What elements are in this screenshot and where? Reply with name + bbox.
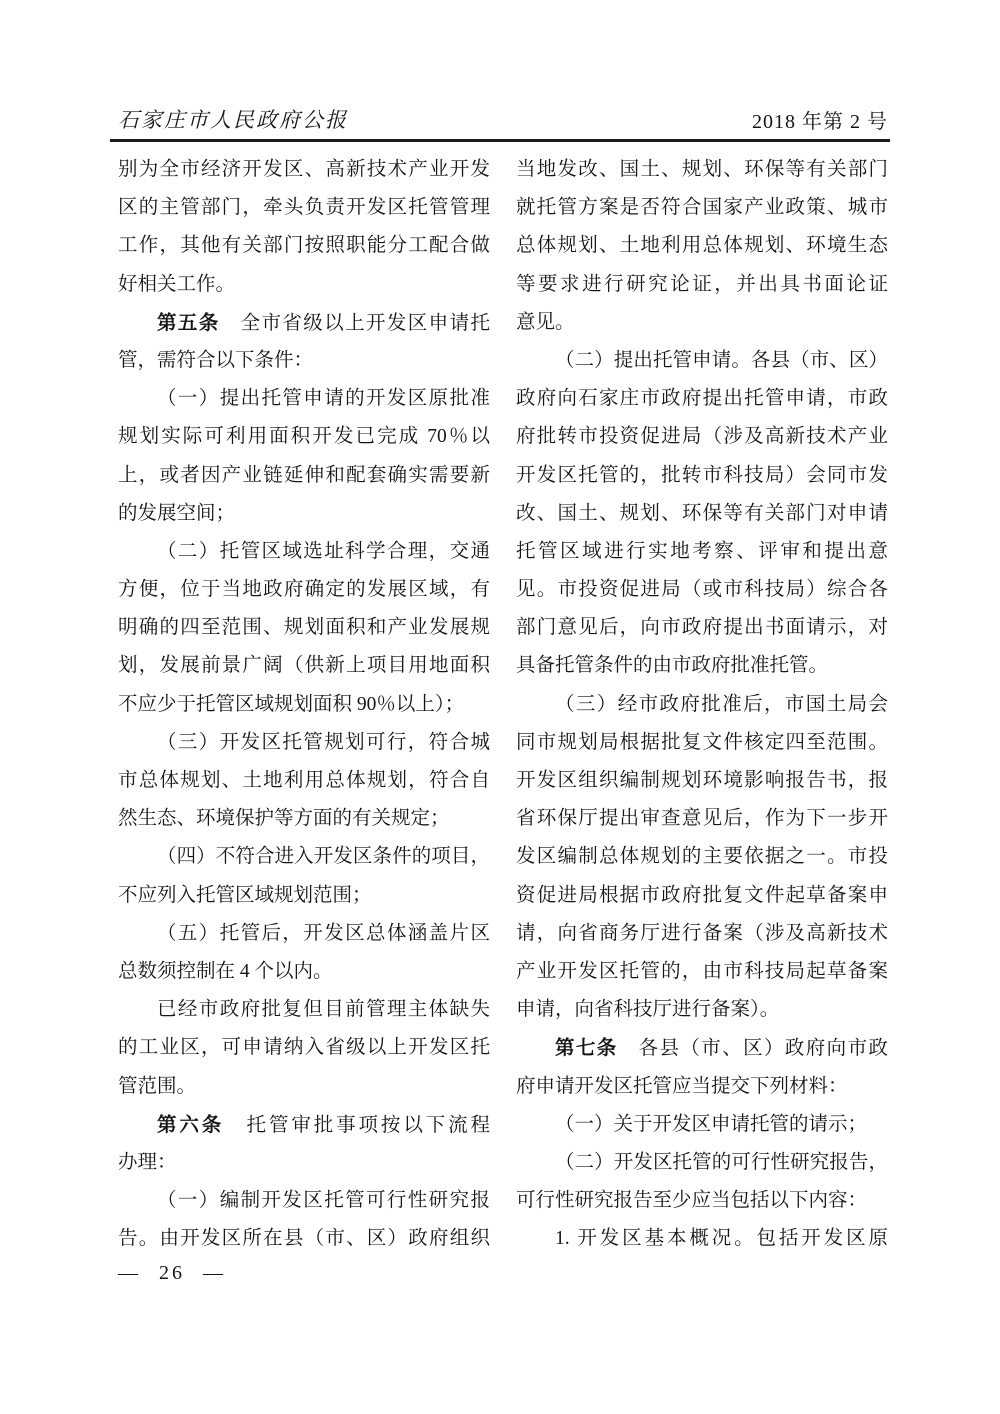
text-line: 的发展空间；: [118, 495, 490, 533]
text-line: 第七条 各县（市、区）政府向市政: [516, 1029, 888, 1067]
text-line: 部门意见后，向市政府提出书面请示，对: [516, 609, 888, 647]
text-line: 意见。: [516, 304, 888, 342]
text-line: （一）关于开发区申请托管的请示；: [516, 1106, 888, 1144]
text-segment: （一）提出托管申请的开发区原批准: [157, 388, 490, 409]
text-segment: 管，需符合以下条件：: [118, 350, 313, 371]
text-line: 好相关工作。: [118, 266, 490, 304]
text-segment: 就托管方案是否符合国家产业政策、城市: [516, 197, 888, 218]
text-segment: 等要求进行研究论证，并出具书面论证: [516, 274, 888, 295]
text-segment: （三）经市政府批准后，市国土局会: [555, 694, 888, 715]
text-segment: 意见。: [516, 312, 575, 333]
article-heading: 第五条: [157, 312, 220, 334]
text-segment: 同市规划局根据批复文件核定四至范围。: [516, 732, 888, 753]
text-line: 不应列入托管区域规划范围；: [118, 877, 490, 915]
text-segment: 改、国土、规划、环保等有关部门对申请: [516, 503, 888, 524]
text-line: 规划实际可利用面积开发已完成 70％以: [118, 418, 490, 456]
text-segment: 申请，向省科技厅进行备案）。: [516, 999, 779, 1020]
page-header: 石家庄市人民政府公报 2018 年第 2 号: [118, 102, 888, 134]
text-segment: （一）编制开发区托管可行性研究报: [157, 1190, 490, 1211]
text-segment: 府申请开发区托管应当提交下列材料：: [516, 1076, 848, 1097]
text-line: 区的主管部门，牵头负责开发区托管管理: [118, 189, 490, 227]
text-line: 产业开发区托管的，由市科技局起草备案: [516, 953, 888, 991]
text-segment: 1. 开发区基本概况。包括开发区原: [555, 1228, 888, 1249]
text-segment: 管范围。: [118, 1076, 196, 1097]
text-segment: 托管审批事项按以下流程: [224, 1115, 490, 1136]
text-line: 第六条 托管审批事项按以下流程: [118, 1106, 490, 1144]
text-segment: 总数须控制在 4 个以内。: [118, 961, 333, 982]
text-segment: 见。市投资促进局（或市科技局）综合各: [516, 579, 888, 600]
header-rule: [110, 139, 890, 142]
text-segment: 别为全市经济开发区、高新技术产业开发: [118, 159, 490, 180]
text-line: 告。由开发区所在县（市、区）政府组织: [118, 1220, 490, 1258]
text-line: 总数须控制在 4 个以内。: [118, 953, 490, 991]
text-segment: 明确的四至范围、规划面积和产业发展规: [118, 617, 490, 638]
text-segment: 然生态、环境保护等方面的有关规定；: [118, 808, 450, 829]
text-line: 划，发展前景广阔（供新上项目用地面积: [118, 647, 490, 685]
publication-title: 石家庄市人民政府公报: [118, 104, 348, 134]
page-number: — 26 —: [118, 1262, 226, 1284]
text-line: 见。市投资促进局（或市科技局）综合各: [516, 571, 888, 609]
text-segment: 告。由开发区所在县（市、区）政府组织: [118, 1228, 490, 1249]
text-segment: 的工业区，可申请纳入省级以上开发区托: [118, 1037, 490, 1058]
text-segment: 具备托管条件的由市政府批准托管。: [516, 655, 828, 676]
text-line: 府批转市投资促进局（涉及高新技术产业: [516, 418, 888, 456]
text-line: （五）托管后，开发区总体涵盖片区: [118, 915, 490, 953]
text-segment: （二）托管区域选址科学合理，交通: [157, 541, 490, 562]
text-line: 的工业区，可申请纳入省级以上开发区托: [118, 1029, 490, 1067]
text-line: 工作，其他有关部门按照职能分工配合做: [118, 227, 490, 265]
text-line: （二）提出托管申请。各县（市、区）: [516, 342, 888, 380]
article-heading: 第六条: [157, 1114, 224, 1136]
text-segment: 上，或者因产业链延伸和配套确实需要新: [118, 465, 490, 486]
article-heading: 第七条: [555, 1037, 618, 1059]
text-segment: 办理：: [118, 1152, 177, 1173]
text-segment: 资促进局根据市政府批复文件起草备案申: [516, 885, 888, 906]
text-line: 发区编制总体规划的主要依据之一。市投: [516, 838, 888, 876]
text-segment: 全市省级以上开发区申请托: [220, 313, 490, 334]
text-segment: 工作，其他有关部门按照职能分工配合做: [118, 235, 490, 256]
text-segment: 的发展空间；: [118, 503, 235, 524]
text-line: 省环保厅提出审查意见后，作为下一步开: [516, 800, 888, 838]
text-line: 等要求进行研究论证，并出具书面论证: [516, 266, 888, 304]
text-line: （二）托管区域选址科学合理，交通: [118, 533, 490, 571]
text-line: （一）编制开发区托管可行性研究报: [118, 1182, 490, 1220]
text-line: 政府向石家庄市政府提出托管申请，市政: [516, 380, 888, 418]
text-line: 开发区托管的，批转市科技局）会同市发: [516, 457, 888, 495]
text-segment: 部门意见后，向市政府提出书面请示，对: [516, 617, 888, 638]
text-line: （三）经市政府批准后，市国土局会: [516, 686, 888, 724]
right-column: 当地发改、国土、规划、环保等有关部门就托管方案是否符合国家产业政策、城市总体规划…: [516, 151, 888, 1258]
text-line: 已经市政府批复但目前管理主体缺失: [118, 991, 490, 1029]
issue-number: 2018 年第 2 号: [752, 105, 888, 134]
text-line: 1. 开发区基本概况。包括开发区原: [516, 1220, 888, 1258]
text-line: （四）不符合进入开发区条件的项目，: [118, 838, 490, 876]
text-line: （二）开发区托管的可行性研究报告，: [516, 1144, 888, 1182]
text-segment: 方便，位于当地政府确定的发展区域，有: [118, 579, 490, 600]
text-segment: （五）托管后，开发区总体涵盖片区: [157, 923, 490, 944]
text-segment: 市总体规划、土地利用总体规划，符合自: [118, 770, 490, 791]
text-segment: 府批转市投资促进局（涉及高新技术产业: [516, 426, 888, 447]
text-segment: 政府向石家庄市政府提出托管申请，市政: [516, 388, 888, 409]
text-segment: 各县（市、区）政府向市政: [618, 1038, 888, 1059]
text-line: 上，或者因产业链延伸和配套确实需要新: [118, 457, 490, 495]
left-column: 别为全市经济开发区、高新技术产业开发区的主管部门，牵头负责开发区托管管理工作，其…: [118, 151, 490, 1258]
text-line: 资促进局根据市政府批复文件起草备案申: [516, 877, 888, 915]
text-segment: 省环保厅提出审查意见后，作为下一步开: [516, 808, 888, 829]
text-line: 办理：: [118, 1144, 490, 1182]
text-line: 市总体规划、土地利用总体规划，符合自: [118, 762, 490, 800]
text-line: 托管区域进行实地考察、评审和提出意: [516, 533, 888, 571]
text-segment: 不应少于托管区域规划面积 90％以上）；: [118, 694, 464, 715]
text-segment: 当地发改、国土、规划、环保等有关部门: [516, 159, 888, 180]
text-line: 不应少于托管区域规划面积 90％以上）；: [118, 686, 490, 724]
text-segment: 发区编制总体规划的主要依据之一。市投: [516, 846, 888, 867]
page-footer: — 26 —: [118, 1258, 226, 1288]
text-line: 方便，位于当地政府确定的发展区域，有: [118, 571, 490, 609]
text-segment: 产业开发区托管的，由市科技局起草备案: [516, 961, 888, 982]
text-segment: 规划实际可利用面积开发已完成 70％以: [118, 426, 490, 447]
text-segment: 托管区域进行实地考察、评审和提出意: [516, 541, 888, 562]
text-line: 管，需符合以下条件：: [118, 342, 490, 380]
text-line: 别为全市经济开发区、高新技术产业开发: [118, 151, 490, 189]
text-line: （一）提出托管申请的开发区原批准: [118, 380, 490, 418]
text-line: 然生态、环境保护等方面的有关规定；: [118, 800, 490, 838]
text-line: 总体规划、土地利用总体规划、环境生态: [516, 227, 888, 265]
text-segment: 可行性研究报告至少应当包括以下内容：: [516, 1190, 867, 1211]
text-line: 改、国土、规划、环保等有关部门对申请: [516, 495, 888, 533]
text-line: 可行性研究报告至少应当包括以下内容：: [516, 1182, 888, 1220]
text-line: 请，向省商务厅进行备案（涉及高新技术: [516, 915, 888, 953]
gazette-page: 石家庄市人民政府公报 2018 年第 2 号 别为全市经济开发区、高新技术产业开…: [0, 0, 1000, 1414]
text-line: 管范围。: [118, 1068, 490, 1106]
text-segment: （四）不符合进入开发区条件的项目，: [157, 846, 490, 867]
text-line: 开发区组织编制规划环境影响报告书，报: [516, 762, 888, 800]
text-line: （三）开发区托管规划可行，符合城: [118, 724, 490, 762]
text-segment: 总体规划、土地利用总体规划、环境生态: [516, 235, 888, 256]
text-segment: 划，发展前景广阔（供新上项目用地面积: [118, 655, 490, 676]
text-line: 具备托管条件的由市政府批准托管。: [516, 647, 888, 685]
text-segment: 开发区组织编制规划环境影响报告书，报: [516, 770, 888, 791]
text-line: 就托管方案是否符合国家产业政策、城市: [516, 189, 888, 227]
text-segment: （二）开发区托管的可行性研究报告，: [555, 1152, 888, 1173]
text-line: 同市规划局根据批复文件核定四至范围。: [516, 724, 888, 762]
text-segment: 不应列入托管区域规划范围；: [118, 885, 372, 906]
text-segment: （三）开发区托管规划可行，符合城: [157, 732, 490, 753]
text-line: 明确的四至范围、规划面积和产业发展规: [118, 609, 490, 647]
text-line: 第五条 全市省级以上开发区申请托: [118, 304, 490, 342]
text-segment: （二）提出托管申请。各县（市、区）: [555, 350, 888, 371]
text-segment: 区的主管部门，牵头负责开发区托管管理: [118, 197, 490, 218]
text-line: 府申请开发区托管应当提交下列材料：: [516, 1068, 888, 1106]
text-line: 申请，向省科技厅进行备案）。: [516, 991, 888, 1029]
text-segment: 已经市政府批复但目前管理主体缺失: [157, 999, 490, 1020]
text-segment: （一）关于开发区申请托管的请示；: [555, 1114, 867, 1135]
text-line: 当地发改、国土、规划、环保等有关部门: [516, 151, 888, 189]
text-segment: 请，向省商务厅进行备案（涉及高新技术: [516, 923, 888, 944]
text-segment: 好相关工作。: [118, 274, 235, 295]
text-segment: 开发区托管的，批转市科技局）会同市发: [516, 465, 888, 486]
